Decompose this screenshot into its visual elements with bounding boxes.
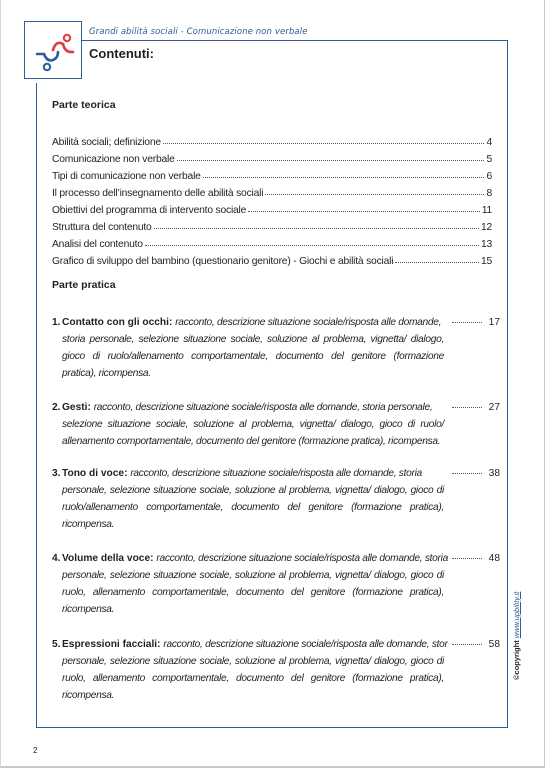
entry-page: 27 [488,399,500,416]
entry-description: racconto, descrizione situazione sociale… [94,402,433,413]
dot-leader [452,636,482,645]
dot-leader [452,314,482,323]
toc-entry[interactable]: Analisi del contenuto13 [52,238,492,252]
dot-leader [248,203,480,212]
running-title: Grandi abilità sociali - Comunicazione n… [89,27,308,37]
dot-leader [452,550,482,559]
toc-entry[interactable]: Obiettivi del programma di intervento so… [52,204,492,218]
practice-entry[interactable]: 3.Tono di voce: racconto, descrizione si… [52,465,500,533]
contents-title: Contenuti: [89,46,154,61]
copyright-notice: ©copyright www.upbility.it [512,592,521,680]
entry-number: 1. [52,314,62,331]
toc-entry-label: Obiettivi del programma di intervento so… [52,205,246,216]
entry-page: 17 [488,314,500,331]
toc-entry-label: Comunicazione non verbale [52,154,175,165]
toc-entry[interactable]: Il processo dell’insegnamento delle abil… [52,187,492,201]
figures-logo-icon [24,21,82,79]
toc-entry-label: Analisi del contenuto [52,239,143,250]
toc-entry-page: 15 [481,256,492,267]
dot-leader [452,465,482,474]
entry-number: 5. [52,636,62,653]
entry-description-continued: personale, selezione situazione sociale,… [52,482,500,533]
entry-description: racconto, descrizione situazione sociale… [130,468,422,479]
theory-section-title: Parte teorica [52,99,116,111]
entry-number: 2. [52,399,62,416]
entry-heading: Contatto con gli occhi: [62,317,172,328]
entry-description: racconto, descrizione situazione sociale… [163,639,448,650]
toc-entry-label: Il processo dell’insegnamento delle abil… [52,188,263,199]
page-number: 2 [33,746,37,755]
dot-leader [452,399,482,408]
entry-heading: Tono di voce: [62,468,127,479]
toc-entry-page: 11 [482,205,492,216]
entry-description-continued: storia personale, selezione situazione s… [52,331,500,382]
entry-number: 3. [52,465,62,482]
toc-entry-label: Tipi di comunicazione non verbale [52,171,201,182]
toc-entry[interactable]: Comunicazione non verbale5 [52,153,492,167]
toc-entry-label: Struttura del contenuto [52,222,152,233]
entry-description-continued: personale, selezione situazione sociale,… [52,567,500,618]
toc-entry-page: 4 [486,137,492,148]
dot-leader [203,169,484,178]
toc-entry-page: 5 [486,154,492,165]
toc-entry-page: 6 [486,171,492,182]
toc-entry-page: 12 [481,222,492,233]
dot-leader [395,254,479,263]
dot-leader [177,152,484,161]
entry-description: racconto, descrizione situazione sociale… [175,317,441,328]
toc-entry-page: 13 [481,239,492,250]
practice-entry[interactable]: 5.Espressioni facciali: racconto, descri… [52,636,500,704]
entry-description: racconto, descrizione situazione sociale… [156,553,448,564]
practice-section-title: Parte pratica [52,279,116,291]
toc-entry[interactable]: Struttura del contenuto12 [52,221,492,235]
entry-heading: Volume della voce: [62,553,154,564]
entry-page: 58 [488,636,500,653]
dot-leader [163,135,484,144]
dot-leader [145,237,479,246]
toc-entry[interactable]: Tipi di comunicazione non verbale6 [52,170,492,184]
entry-number: 4. [52,550,62,567]
copyright-link[interactable]: www.upbility.it [512,592,521,639]
practice-entry[interactable]: 4.Volume della voce: racconto, descrizio… [52,550,500,618]
entry-heading: Gesti: [62,402,91,413]
entry-heading: Espressioni facciali: [62,639,161,650]
toc-entry[interactable]: Abilità sociali; definizione4 [52,136,492,150]
toc-entry-label: Grafico di sviluppo del bambino (questio… [52,256,393,267]
toc-entry[interactable]: Grafico di sviluppo del bambino (questio… [52,255,492,269]
entry-page: 38 [488,465,500,482]
practice-entry[interactable]: 1.Contatto con gli occhi: racconto, desc… [52,314,500,382]
toc-entry-page: 8 [486,188,492,199]
entry-description-continued: selezione situazione sociale, soluzione … [52,416,500,450]
entry-page: 48 [488,550,500,567]
copyright-label: ©copyright [512,640,521,680]
dot-leader [265,186,484,195]
entry-description-continued: personale, selezione situazione sociale,… [52,653,500,704]
practice-entry[interactable]: 2.Gesti: racconto, descrizione situazion… [52,399,500,450]
dot-leader [154,220,479,229]
toc-entry-label: Abilità sociali; definizione [52,137,161,148]
